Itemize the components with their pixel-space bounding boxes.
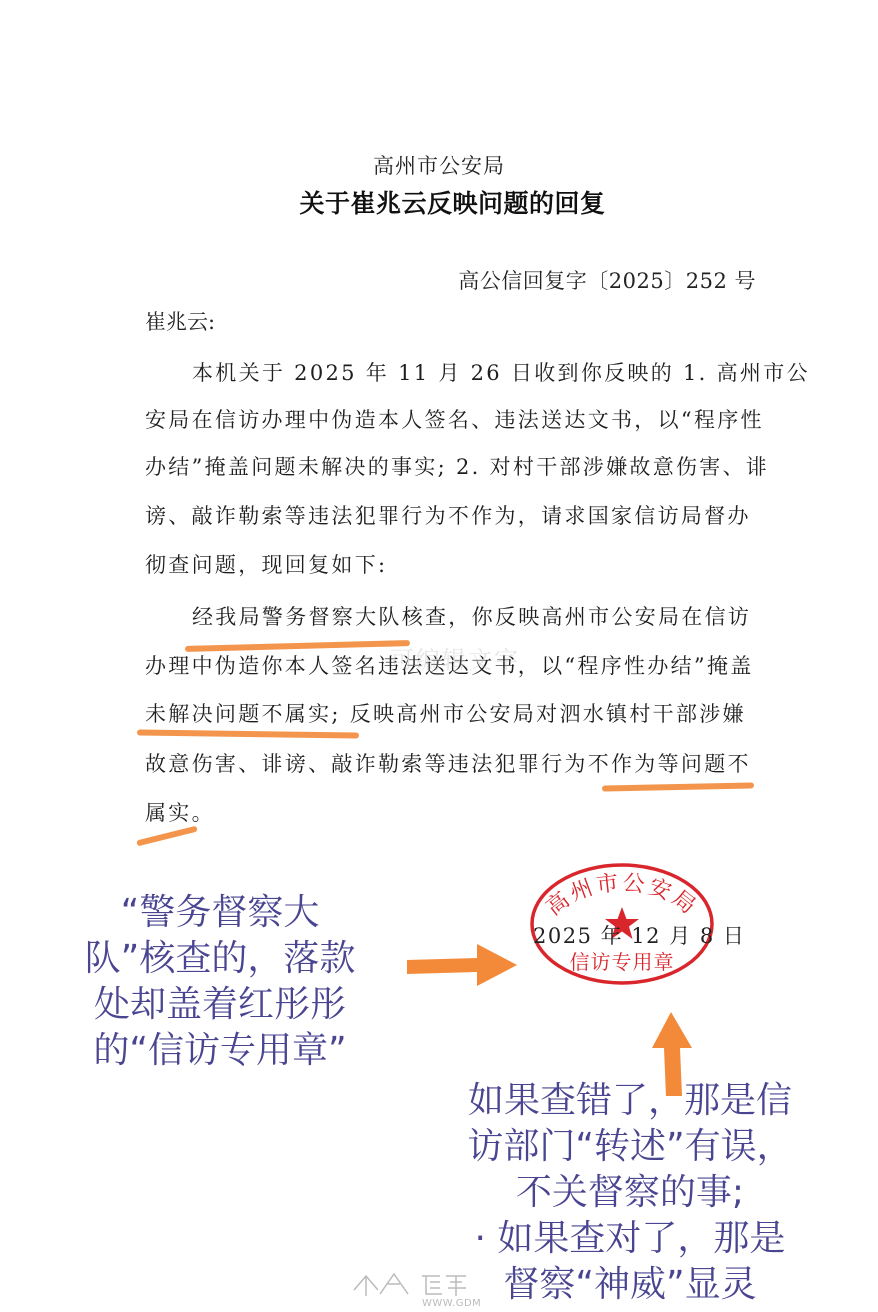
- site-watermark: WWW.GDM: [350, 1268, 480, 1302]
- callout-line: 访部门“转述”有误，: [430, 1124, 830, 1170]
- body-line: 安局在信访办理中伪造本人签名、违法送达文书，以“程序性: [145, 404, 765, 434]
- document-number: 高公信回复字〔2025〕252 号: [458, 265, 756, 295]
- body-line: 未解决问题不属实; 反映高州市公安局对泗水镇村干部涉嫌: [145, 698, 765, 728]
- body-line: 彻查问题，现回复如下:: [145, 549, 765, 579]
- arrow-right-icon: [405, 940, 520, 990]
- document-title: 关于崔兆云反映问题的回复: [0, 184, 878, 220]
- stamp-bottom-text: 信访专用章: [570, 950, 675, 974]
- callout-left: “警务督察大 队”核查的，落款 处却盖着红彤彤 的“信访专用章”: [55, 890, 385, 1074]
- callout-line: · 如果查对了，那是: [430, 1216, 830, 1262]
- body-line: 故意伤害、诽谤、敲诈勒索等违法犯罪行为不作为等问题不: [145, 748, 765, 778]
- watermark-text: 可编辑文字: [390, 640, 520, 675]
- highlight-underline: [136, 826, 198, 847]
- body-line: 办结”掩盖问题未解决的事实; 2. 对村干部涉嫌故意伤害、诽: [145, 451, 765, 481]
- issuer-name: 高州市公安局: [0, 150, 878, 180]
- signature-date: 2025 年 12 月 8 日: [533, 920, 745, 950]
- callout-line: 如果查错了，那是信: [430, 1078, 830, 1124]
- highlight-underline: [137, 729, 359, 738]
- watermark-logo-icon: [350, 1268, 480, 1298]
- callout-line: 督察“神威”显灵: [430, 1262, 830, 1308]
- callout-line: 不关督察的事;: [430, 1170, 830, 1216]
- body-line: 本机关于 2025 年 11 月 26 日收到你反映的 1. 高州市公: [192, 357, 767, 387]
- salutation: 崔兆云:: [145, 306, 215, 336]
- watermark-url: WWW.GDM: [422, 1298, 481, 1309]
- callout-line: 队”核查的，落款: [55, 936, 385, 982]
- callout-right: 如果查错了，那是信 访部门“转述”有误， 不关督察的事; · 如果查对了，那是 …: [430, 1078, 830, 1308]
- body-line: 谤、敲诈勒索等违法犯罪行为不作为，请求国家信访局督办: [145, 500, 765, 530]
- body-line: 属实。: [145, 797, 765, 827]
- callout-line: 的“信访专用章”: [55, 1028, 385, 1074]
- body-line: 经我局警务督察大队核查，你反映高州市公安局在信访: [192, 601, 767, 631]
- callout-line: 处却盖着红彤彤: [55, 982, 385, 1028]
- callout-line: “警务督察大: [55, 890, 385, 936]
- highlight-underline: [602, 782, 754, 791]
